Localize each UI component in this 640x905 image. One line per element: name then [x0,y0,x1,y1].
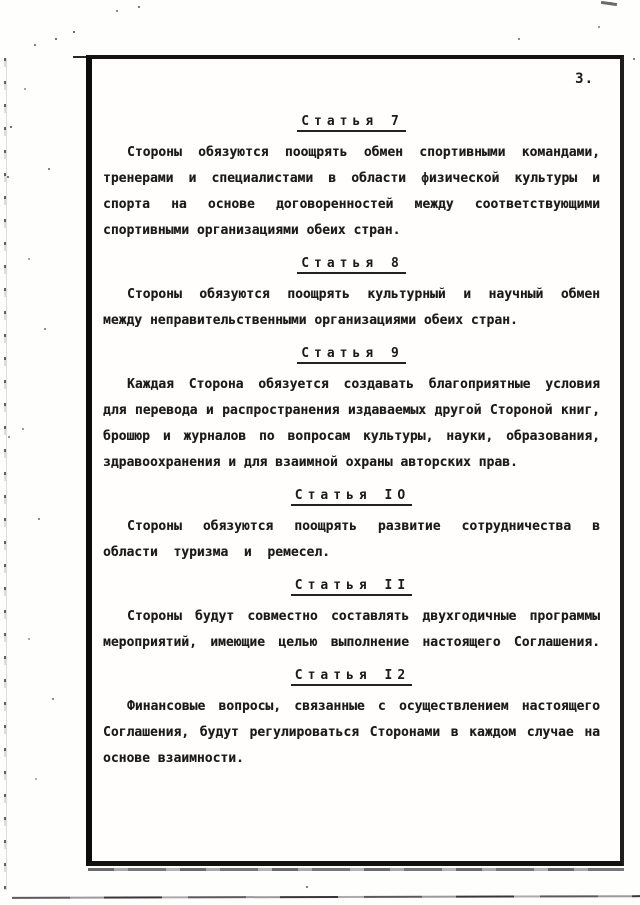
text-line: спортивными организациями обеих стран. [103,218,600,244]
text-line: между неправительственными организациями… [103,308,600,334]
text-line: для перевода и распространения издаваемы… [103,398,600,424]
text-line: спорта на основе договоренностей между с… [103,192,600,218]
article: Статья I2Финансовые вопросы, связанные с… [103,668,600,772]
articles: Статья 7Стороны обязуются поощрять обмен… [103,114,600,772]
text-line: брошюр и журналов по вопросам культуры, … [103,424,600,450]
page-border-frame: 3. Статья 7Стороны обязуются поощрять об… [86,55,624,866]
article-title-text: Статья I2 [291,668,412,686]
scan-mark [601,1,617,6]
text-line: мероприятий, имеющие целью выполнение на… [103,630,600,656]
article-title: Статья II [103,578,600,594]
scanned-document-page: 3. Статья 7Стороны обязуются поощрять об… [0,0,640,905]
text-line: Соглашения, будут регулироваться Сторона… [103,720,600,746]
page-number: 3. [103,71,594,87]
text-line: Стороны обязуются поощрять развитие сотр… [103,514,600,540]
article-title: Статья IO [103,488,600,504]
scan-noise-speckles [138,6,140,8]
scan-mark [73,56,87,58]
article-title: Статья 7 [103,114,600,130]
text-line: основе взаимности. [103,746,600,772]
scan-edge-artifact [12,895,640,899]
article-title: Статья 9 [103,346,600,362]
text-line: Финансовые вопросы, связанные с осуществ… [103,694,600,720]
text-line: Каждая Сторона обязуется создавать благо… [103,372,600,398]
article-title-text: Статья 8 [297,256,406,274]
document-content: 3. Статья 7Стороны обязуются поощрять об… [92,59,620,861]
scan-edge-artifact [4,58,7,890]
article: Статья IOСтороны обязуются поощрять разв… [103,488,600,566]
article-title-text: Статья II [291,578,412,596]
article: Статья 9Каждая Сторона обязуется создава… [103,346,600,476]
article-title: Статья I2 [103,668,600,684]
text-line: здравоохранения и для взаимной охраны ав… [103,450,600,476]
article-title-text: Статья IO [291,488,412,506]
text-line: Стороны обязуются поощрять обмен спортив… [103,140,600,166]
text-line: Стороны будут совместно составлять двухг… [103,604,600,630]
article: Статья 8Стороны обязуются поощрять культ… [103,256,600,334]
article-title-text: Статья 9 [297,346,406,364]
article: Статья IIСтороны будут совместно составл… [103,578,600,656]
text-line: области туризма и ремесел. [103,540,600,566]
article-title-text: Статья 7 [297,114,406,132]
text-line: тренерами и специалистами в области физи… [103,166,600,192]
article-title: Статья 8 [103,256,600,272]
article: Статья 7Стороны обязуются поощрять обмен… [103,114,600,244]
text-line: Стороны обязуются поощрять культурный и … [103,282,600,308]
